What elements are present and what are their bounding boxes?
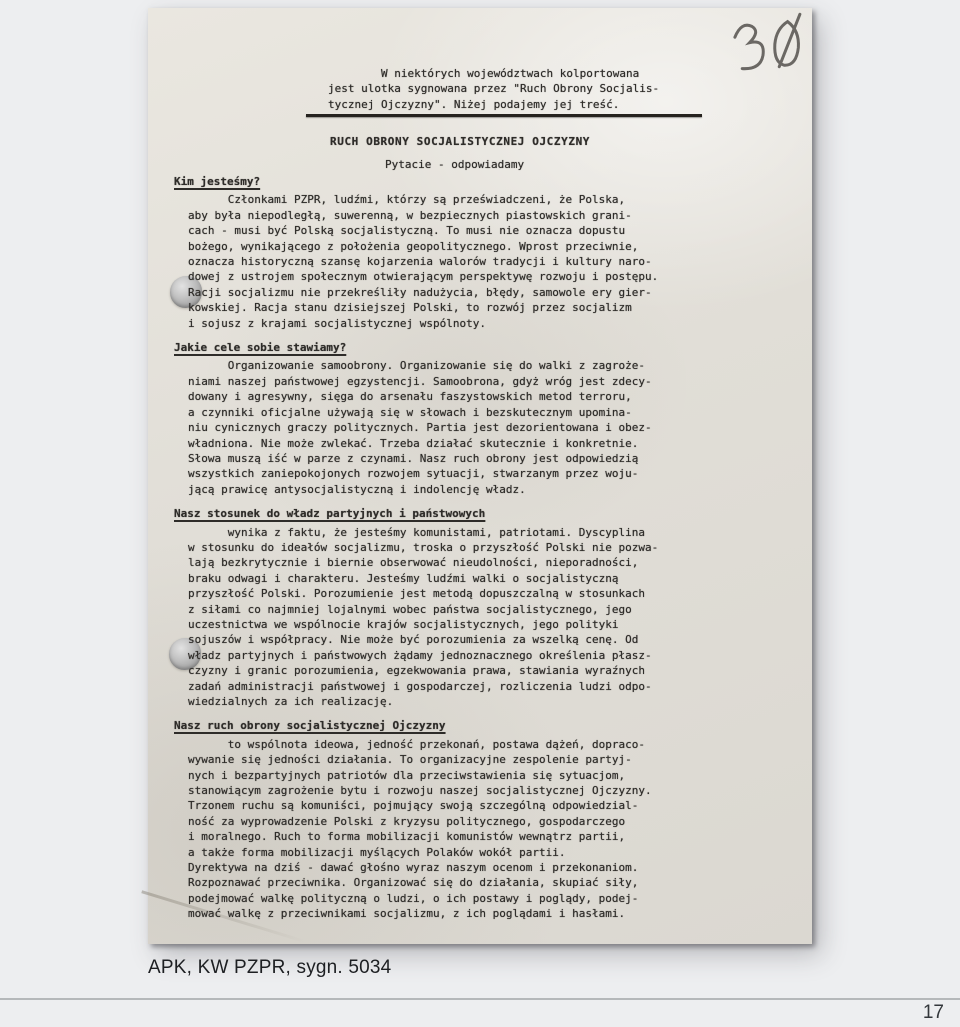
section-heading: Kim jesteśmy? — [174, 174, 788, 189]
section-heading: Nasz ruch obrony socjalistycznej Ojczyzn… — [174, 718, 788, 733]
section-nasz-ruch: Nasz ruch obrony socjalistycznej Ojczyzn… — [188, 718, 788, 921]
section-paragraph: Organizowanie samoobrony. Organizowanie … — [188, 358, 788, 497]
handwritten-archive-number — [717, 9, 815, 82]
section-heading: Nasz stosunek do władz partyjnych i pańs… — [174, 506, 788, 521]
section-jakie-cele: Jakie cele sobie stawiamy? Organizowanie… — [188, 340, 788, 497]
editorial-intro-note: W niektórych województwach kolportowana … — [328, 66, 659, 112]
section-paragraph: Członkami PZPR, ludźmi, którzy są prześw… — [188, 192, 788, 331]
section-kim-jestesmy: Kim jesteśmy? Członkami PZPR, ludźmi, kt… — [188, 174, 788, 331]
scanned-document-page: W niektórych województwach kolportowana … — [148, 8, 812, 944]
section-heading: Jakie cele sobie stawiamy? — [174, 340, 788, 355]
footer-divider — [0, 998, 960, 1000]
leaflet-body: Kim jesteśmy? Członkami PZPR, ludźmi, kt… — [188, 174, 788, 931]
section-paragraph: to wspólnota ideowa, jedność przekonań, … — [188, 737, 788, 922]
page-number: 17 — [923, 1002, 944, 1024]
typed-divider-rule — [306, 114, 702, 117]
section-paragraph: wynika z faktu, że jesteśmy komunistami,… — [188, 525, 788, 710]
leaflet-subtitle: Pytacie - odpowiadamy — [385, 157, 524, 172]
section-stosunek-do-wladz: Nasz stosunek do władz partyjnych i pańs… — [188, 506, 788, 709]
leaflet-title: RUCH OBRONY SOCJALISTYCZNEJ OJCZYZNY — [330, 134, 590, 149]
archive-caption: APK, KW PZPR, sygn. 5034 — [148, 957, 391, 979]
